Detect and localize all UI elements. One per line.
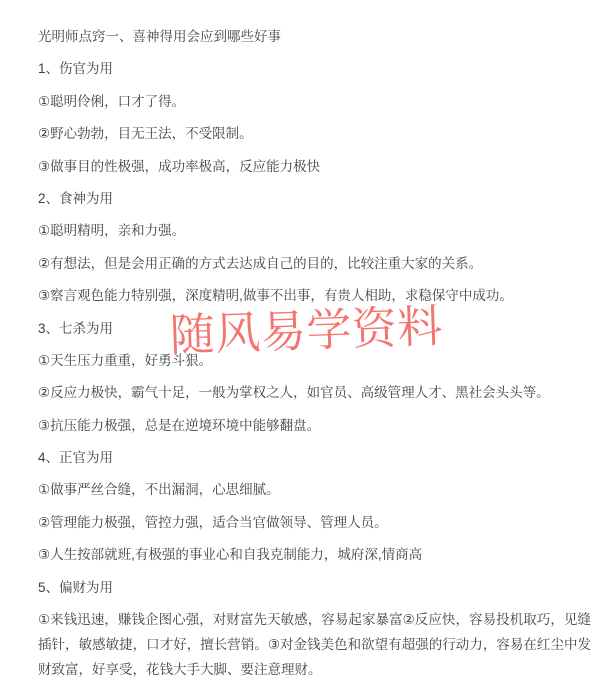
section-heading: 4、正官为用 [38, 445, 591, 470]
document-title: 光明师点窍一、喜神得用会应到哪些好事 [38, 24, 591, 49]
section-item: ③抗压能力极强，总是在逆境环境中能够翻盘。 [38, 413, 591, 438]
section-item: ②有想法，但是会用正确的方式去达成自己的目的，比较注重大家的关系。 [38, 251, 591, 276]
section-item: ①聪明精明，亲和力强。 [38, 218, 591, 243]
section-heading: 1、伤官为用 [38, 56, 591, 81]
section-heading: 3、七杀为用 [38, 316, 591, 341]
section-item: ③人生按部就班,有极强的事业心和自我克制能力，城府深,情商高 [38, 542, 591, 567]
section-item: ①天生压力重重，好勇斗狠。 [38, 348, 591, 373]
section-item: ②管理能力极强，管控力强，适合当官做领导、管理人员。 [38, 510, 591, 535]
document-page: 随风易学资料 光明师点窍一、喜神得用会应到哪些好事 1、伤官为用①聪明伶俐，口才… [0, 0, 614, 690]
section-item: ③察言观色能力特别强，深度精明,做事不出事，有贵人相助，求稳保守中成功。 [38, 283, 591, 308]
document-body: 光明师点窍一、喜神得用会应到哪些好事 1、伤官为用①聪明伶俐，口才了得。②野心勃… [38, 24, 591, 682]
section-item: ②野心勃勃，目无王法，不受限制。 [38, 121, 591, 146]
section-item: ①来钱迅速，赚钱企图心强，对财富先天敏感，容易起家暴富②反应快，容易投机取巧，见… [38, 607, 591, 682]
section-item: ②反应力极快，霸气十足，一般为掌权之人，如官员、高级管理人才、黑社会头头等。 [38, 380, 591, 405]
section-item: ①做事严丝合缝，不出漏洞，心思细腻。 [38, 477, 591, 502]
section-item: ③做事目的性极强，成功率极高，反应能力极快 [38, 154, 591, 179]
section-item: ①聪明伶俐，口才了得。 [38, 89, 591, 114]
section-heading: 5、偏财为用 [38, 575, 591, 600]
section-heading: 2、食神为用 [38, 186, 591, 211]
